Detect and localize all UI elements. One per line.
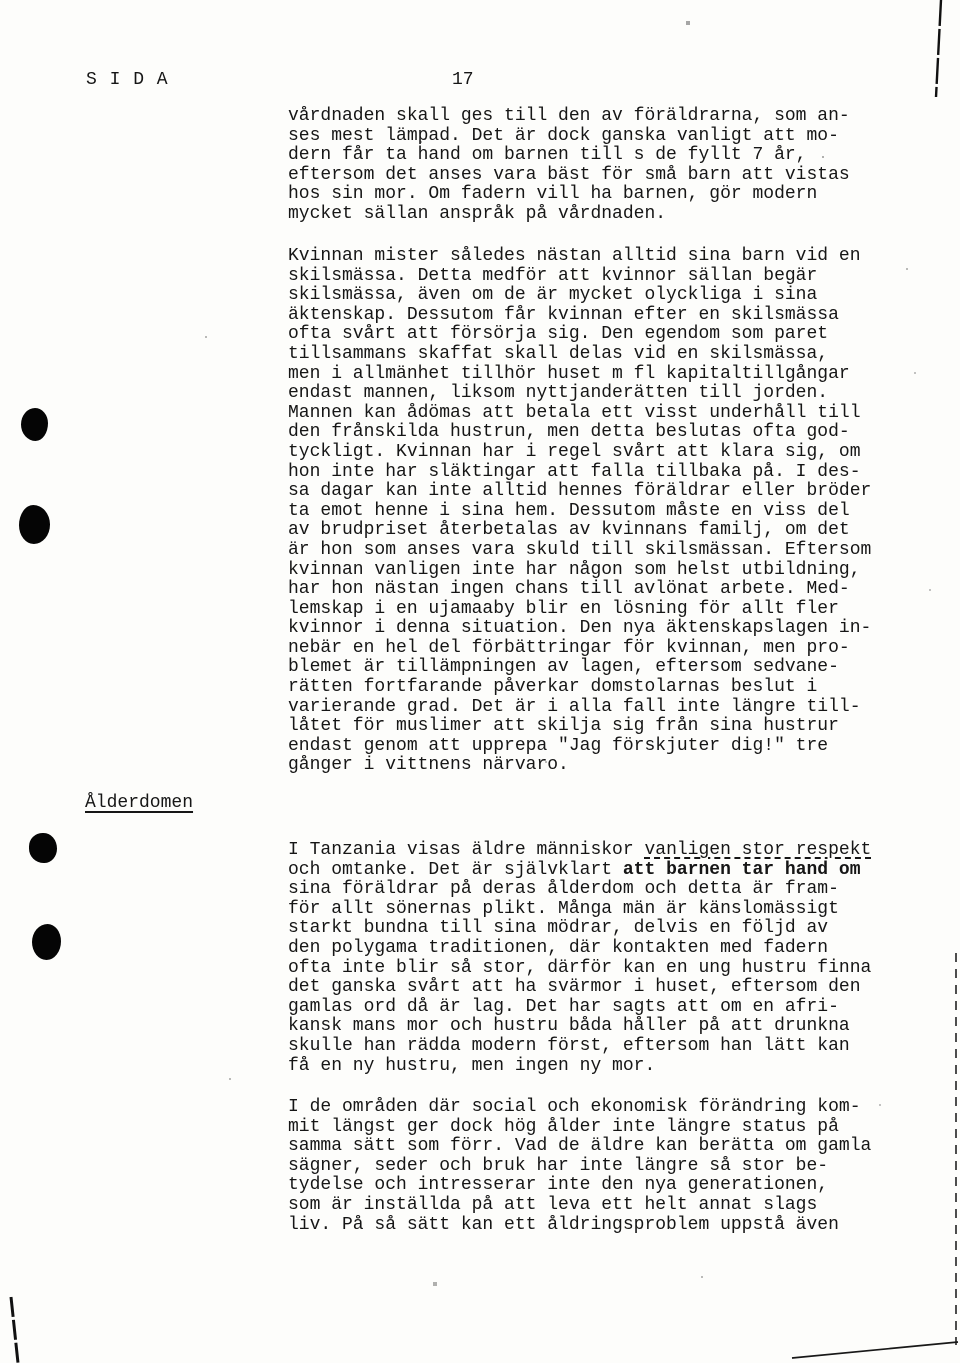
scan-artifacts-layer [0,0,960,1363]
scan-line-bottom-left [11,1297,18,1363]
scan-line-bottom-right [792,1342,958,1358]
document-page: S I D A 17 vårdnaden skall ges till den … [0,0,960,1363]
scan-line-top-right [936,0,941,97]
